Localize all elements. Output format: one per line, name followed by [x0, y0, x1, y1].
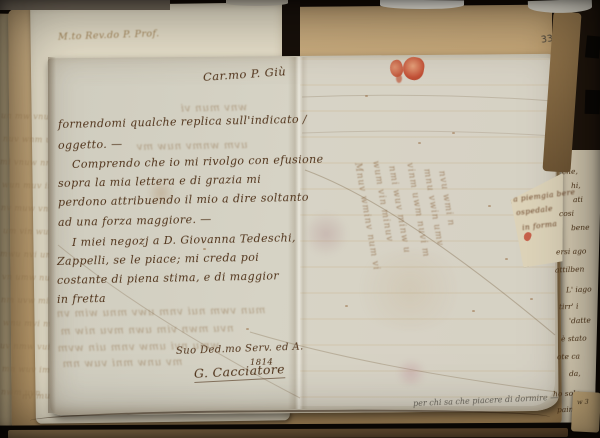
letter-body-line: in fretta [57, 292, 106, 306]
edge-fragment: w 3 [577, 398, 589, 406]
foxing-dot [452, 132, 455, 134]
edge-fragment: tirr' i [559, 302, 579, 312]
ghost-line: mv unw mni vuw nm [62, 356, 183, 370]
edge-fragment: ati [573, 195, 583, 204]
top-left-gray-sliver [0, 0, 170, 10]
edge-fragment: ote ca [557, 352, 580, 362]
stain [394, 360, 428, 386]
edge-fragment: ersi ago [556, 246, 587, 256]
stain [305, 210, 347, 258]
bottom-page-edge [8, 428, 568, 438]
torn-paper-bit [226, 0, 288, 6]
edge-fragment: hi, [571, 181, 581, 190]
foxing-dot [530, 298, 533, 300]
edge-fragment: L' iago [566, 285, 592, 295]
foxing-dot [246, 328, 249, 330]
edge-fragment: attilben [555, 264, 585, 274]
edge-fragment: da, [569, 369, 581, 378]
foxing-dot [505, 258, 508, 260]
edge-fragment: bene [571, 223, 590, 233]
letter-body-line: oggetto. — [58, 138, 123, 152]
edge-fragment: cosi [559, 209, 574, 219]
binding-clip-mark [585, 90, 600, 115]
foxing-dot [472, 310, 475, 312]
foxing-dot [488, 205, 491, 207]
ghost-line: wnv mun vi [180, 101, 247, 114]
torn-paper-bit [380, 0, 464, 9]
stain [350, 250, 470, 330]
archival-letter-photo: 33 M.to Rev.do P. Prof. un mw vnui m nuv… [0, 0, 600, 438]
binding-clip-mark [585, 35, 600, 58]
foxing-dot [203, 248, 206, 250]
foxing-dot [418, 142, 421, 144]
wax-seal-tail [396, 74, 402, 83]
ghost-line: uvm wnmv nuw mv [136, 139, 248, 153]
foxing-dot [345, 305, 348, 307]
foxing-dot [365, 95, 368, 97]
edge-fragment: 'datte [569, 316, 591, 326]
edge-fragment: è stato [561, 334, 587, 344]
